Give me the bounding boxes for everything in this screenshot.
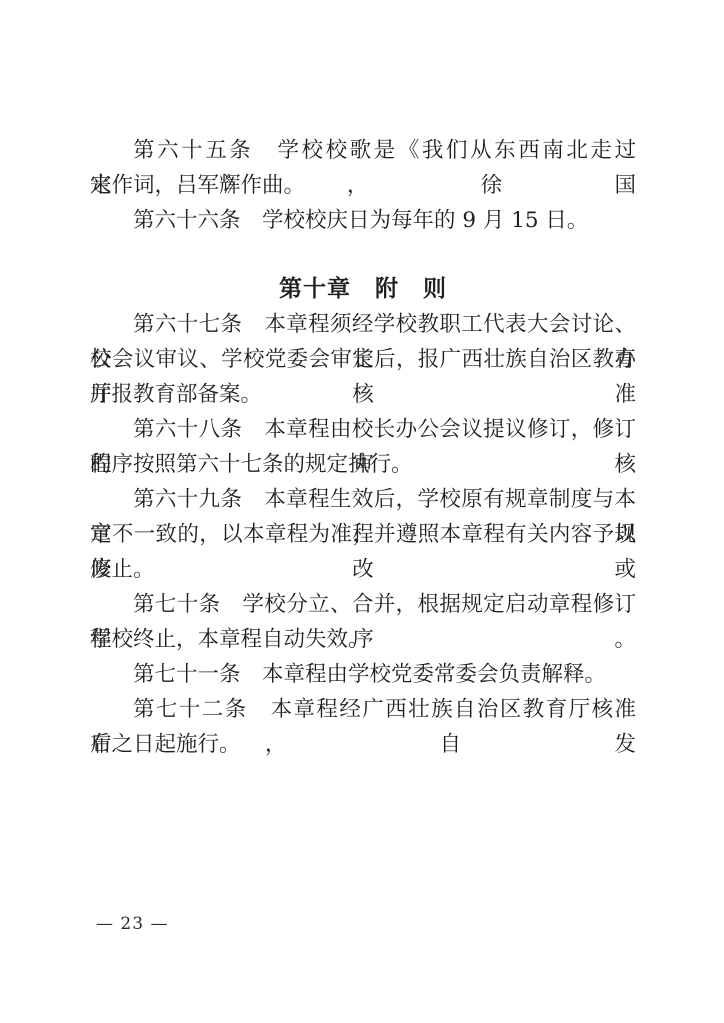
text-line: 第六十九条 本章程生效后，学校原有规章制度与本章程规 <box>90 482 636 517</box>
article-paragraph: 第六十九条 本章程生效后，学校原有规章制度与本章程规 定不一致的，以本章程为准，… <box>90 482 636 587</box>
article-paragraph: 第六十七条 本章程须经学校教职工代表大会讨论、校长办 公会议审议、学校党委会审定… <box>90 307 636 412</box>
article-paragraph: 第六十八条 本章程由校长办公会议提议修订，修订的审核 程序按照第六十七条的规定执… <box>90 412 636 482</box>
text-line: 第七十一条 本章程由学校党委常委会负责解释。 <box>90 657 636 692</box>
document-body: 第六十五条 学校校歌是《我们从东西南北走过来》，徐国 定作词，吕军辉作曲。 第六… <box>90 133 636 762</box>
text-line: 公会议审议、学校党委会审定后，报广西壮族自治区教育厅核准 <box>90 342 636 377</box>
text-line: 第六十五条 学校校歌是《我们从东西南北走过来》，徐国 <box>90 133 636 168</box>
text-line: 第六十七条 本章程须经学校教职工代表大会讨论、校长办 <box>90 307 636 342</box>
text-line: 第六十六条 学校校庆日为每年的 9 月 15 日。 <box>90 203 636 238</box>
text-line: 定不一致的，以本章程为准，并遵照本章程有关内容予以修改或 <box>90 517 636 552</box>
article-paragraph: 第七十条 学校分立、合并，根据规定启动章程修订程序。 学校终止，本章程自动失效。 <box>90 587 636 657</box>
article-paragraph: 第六十五条 学校校歌是《我们从东西南北走过来》，徐国 定作词，吕军辉作曲。 <box>90 133 636 203</box>
text-line: 第六十八条 本章程由校长办公会议提议修订，修订的审核 <box>90 412 636 447</box>
text-line: 第七十二条 本章程经广西壮族自治区教育厅核准后，自发 <box>90 692 636 727</box>
article-paragraph: 第七十一条 本章程由学校党委常委会负责解释。 <box>90 657 636 692</box>
document-page: 第六十五条 学校校歌是《我们从东西南北走过来》，徐国 定作词，吕军辉作曲。 第六… <box>0 0 724 1023</box>
text-line: 第七十条 学校分立、合并，根据规定启动章程修订程序。 <box>90 587 636 622</box>
article-paragraph: 第六十六条 学校校庆日为每年的 9 月 15 日。 <box>90 203 636 238</box>
page-number: — 23 — <box>96 912 168 936</box>
article-paragraph: 第七十二条 本章程经广西壮族自治区教育厅核准后，自发 布之日起施行。 <box>90 692 636 762</box>
chapter-heading: 第十章 附 则 <box>90 271 636 307</box>
